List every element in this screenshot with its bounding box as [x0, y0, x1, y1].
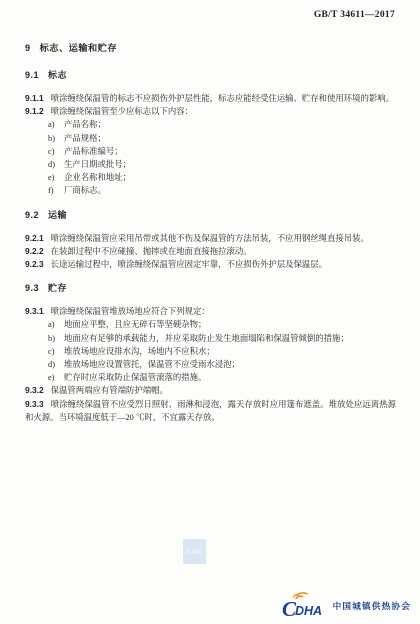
section-heading-9-2: 9.2运输 [25, 209, 396, 222]
list-item: c)产品标准编号； [25, 145, 396, 158]
section-heading-9-1: 9.1标志 [25, 69, 396, 82]
logo-arc-icon [296, 596, 303, 598]
sac-watermark-stamp: SAC [183, 539, 206, 564]
clause-9-2-1: 9.2.1喷涂缠绕保温管应采用吊带或其他不伤及保温管的方法吊装，不应用钢丝绳直接… [25, 232, 396, 245]
list-item: d)生产日期或批号； [25, 158, 396, 171]
list-item: b)地面应有足够的承载能力，并应采取防止发生地面塌陷和保温管倾倒的措施； [25, 332, 396, 345]
document-code: GB/T 34611—2017 [314, 10, 395, 20]
clause-9-1-1: 9.1.1喷涂缠绕保温管的标志不应损伤外护层性能，标志应能经受住运输、贮存和使用… [25, 92, 396, 105]
list-item: a)地面应平整，且应无碎石等坚硬杂物； [25, 318, 396, 331]
list-item: e)贮存时应采取防止保温管滚落的措施。 [25, 371, 396, 384]
cdha-logo-mark: C DHA [282, 592, 330, 619]
clause-9-3-1: 9.3.1喷涂缠绕保温管堆放场地应符合下列规定： [25, 305, 396, 318]
list-item: f)厂商标志。 [25, 184, 396, 197]
clause-9-1-2: 9.1.2喷涂缠绕保温管至少应标志以下内容： [25, 105, 396, 118]
storage-items-list: a)地面应平整，且应无碎石等坚硬杂物； b)地面应有足够的承载能力，并应采取防止… [25, 318, 396, 384]
document-page: GB/T 34611—2017 9标志、运输和贮存 9.1标志 9.1.1喷涂缠… [0, 0, 420, 624]
chapter-number: 9 [25, 43, 31, 53]
chapter-heading: 9标志、运输和贮存 [25, 42, 396, 55]
cdha-logo: C DHA 中国城镇供热协会 [282, 592, 411, 619]
logo-letters-dha: DHA [295, 604, 322, 618]
list-item: b)产品规格； [25, 132, 396, 145]
document-content: 9标志、运输和贮存 9.1标志 9.1.1喷涂缠绕保温管的标志不应损伤外护层性能… [25, 42, 396, 424]
list-item: d)堆放场地应设置管托，保温管不应受雨水浸泡； [25, 358, 396, 371]
org-name: 中国城镇供热协会 [333, 600, 411, 612]
clause-9-2-2: 9.2.2在装卸过程中不应碰撞、抛摔或在地面直接拖拉滚动。 [25, 245, 396, 258]
marking-items-list: a)产品名称； b)产品规格； c)产品标准编号； d)生产日期或批号； e)企… [25, 118, 396, 197]
clause-9-3-3: 9.3.3喷涂缠绕保温管不应受烈日照射、雨淋和浸泡，露天存放时应用篷布遮盖。堆放… [25, 398, 396, 424]
clause-9-2-3: 9.2.3长途运输过程中，喷涂缠绕保温管应固定牢靠，不应损伤外护层及保温层。 [25, 258, 396, 271]
list-item: e)企业名称和地址； [25, 171, 396, 184]
clause-9-3-2: 9.3.2保温管两端应有管端防护端帽。 [25, 384, 396, 397]
section-heading-9-3: 9.3贮存 [25, 282, 396, 295]
list-item: a)产品名称； [25, 118, 396, 131]
list-item: c)堆放场地应设排水沟，场地内不应积水； [25, 345, 396, 358]
chapter-title: 标志、运输和贮存 [40, 43, 118, 53]
